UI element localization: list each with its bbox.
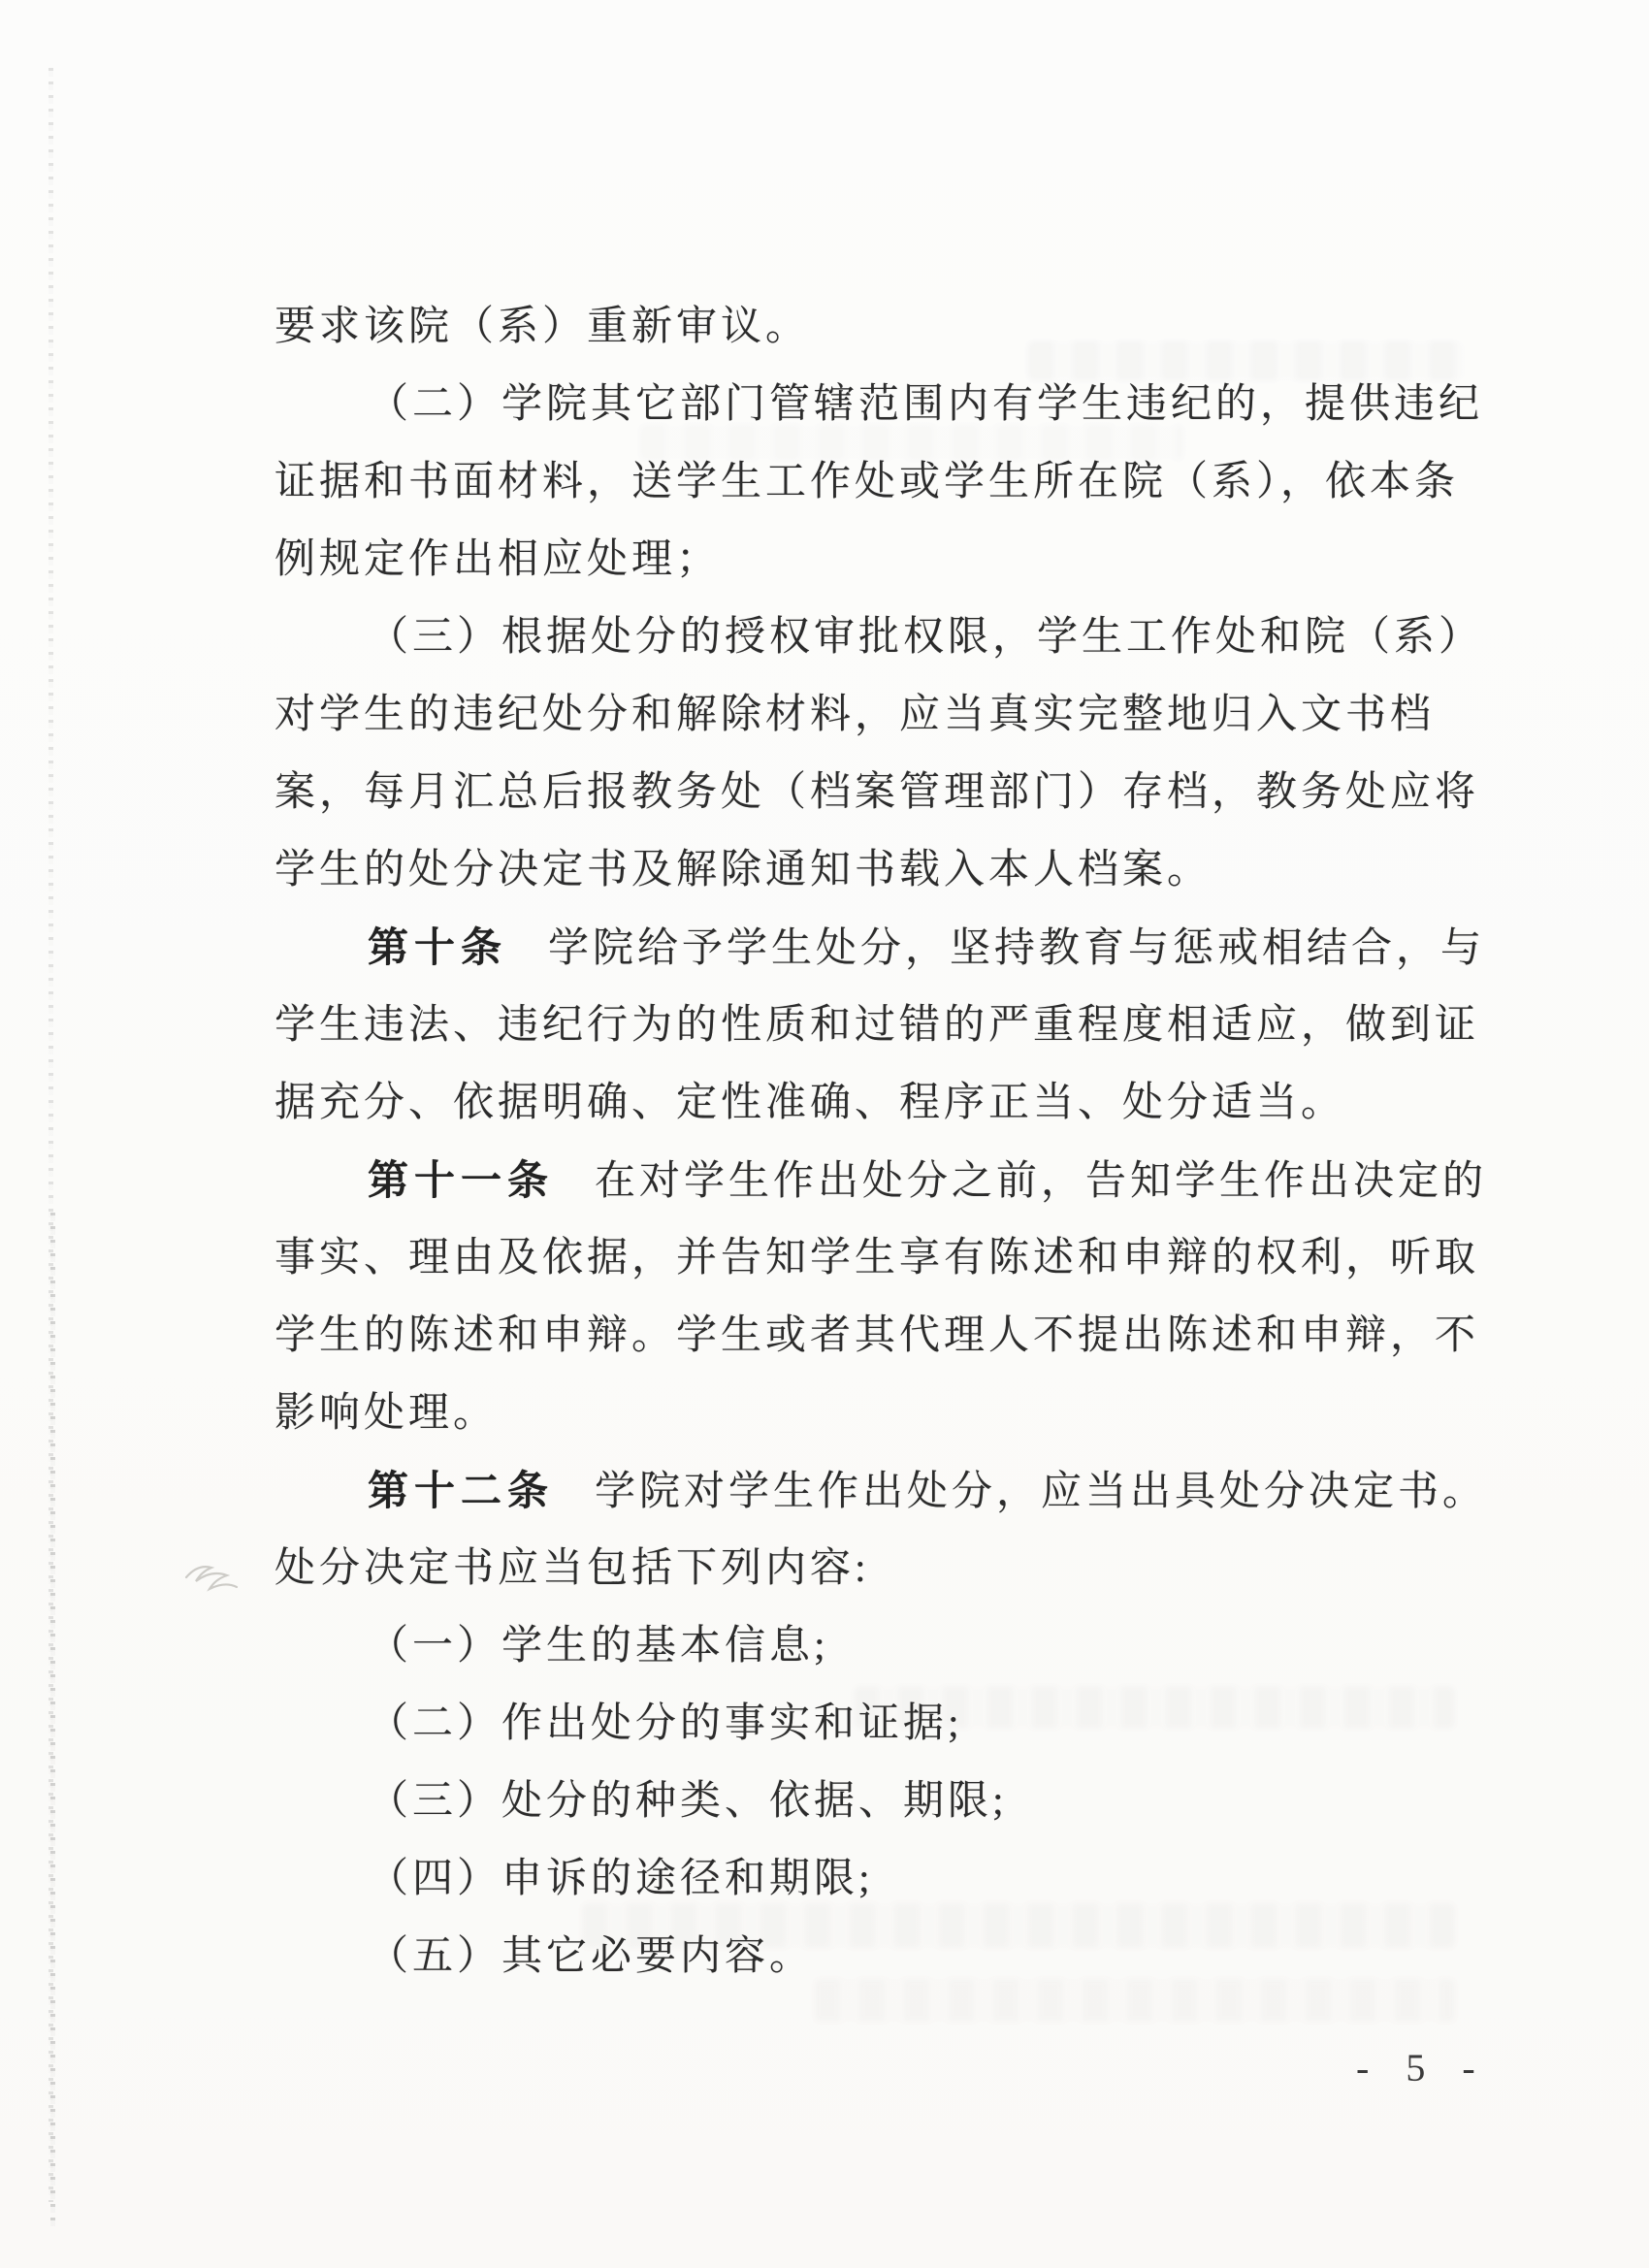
line-text: 学生违法、违纪行为的性质和过错的严重程度相适应，做到证 xyxy=(275,1003,1479,1048)
line-text: （二）作出处分的事实和证据; xyxy=(368,1701,963,1746)
line-text: 学生的处分决定书及解除通知书载入本人档案。 xyxy=(275,848,1212,892)
line-text: （三）处分的种类、依据、期限; xyxy=(368,1779,1008,1824)
paragraph-line: 第十条学院给予学生处分，坚持教育与惩戒相结合，与 xyxy=(275,909,1506,987)
document-text: 要求该院（系）重新审议。（二）学院其它部门管辖范围内有学生违纪的，提供违纪证据和… xyxy=(275,288,1506,1995)
paragraph-line: 第十一条在对学生作出处分之前，告知学生作出决定的 xyxy=(275,1142,1506,1219)
line-text: 事实、理由及依据，并告知学生享有陈述和申辩的权利，听取 xyxy=(275,1236,1479,1280)
line-text: 案，每月汇总后报教务处（档案管理部门）存档，教务处应将 xyxy=(275,770,1479,815)
line-text: （五）其它必要内容。 xyxy=(368,1934,814,1979)
paragraph-line: （四）申诉的途径和期限; xyxy=(275,1840,1506,1918)
line-text: 学生的陈述和申辩。学生或者其代理人不提出陈述和申辩，不 xyxy=(275,1313,1479,1358)
article-number: 第十二条 xyxy=(368,1467,554,1514)
article-number: 第十一条 xyxy=(368,1156,554,1204)
paragraph-line: 证据和书面材料，送学生工作处或学生所在院（系），依本条 xyxy=(275,443,1506,521)
paragraph-line: 影响处理。 xyxy=(275,1375,1506,1452)
paragraph-line: （五）其它必要内容。 xyxy=(275,1918,1506,1995)
line-text: 例规定作出相应处理； xyxy=(275,537,721,582)
line-text: 影响处理。 xyxy=(275,1391,498,1436)
paragraph-line: （三）根据处分的授权审批权限，学生工作处和院（系） xyxy=(275,599,1506,676)
paragraph-line: 事实、理由及依据，并告知学生享有陈述和申辩的权利，听取 xyxy=(275,1219,1506,1297)
line-text: 证据和书面材料，送学生工作处或学生所在院（系），依本条 xyxy=(275,460,1459,504)
paragraph-line: 例规定作出相应处理； xyxy=(275,521,1506,599)
line-text: 学院对学生作出处分，应当出具处分决定书。 xyxy=(595,1470,1487,1514)
line-text: 处分决定书应当包括下列内容: xyxy=(275,1546,870,1591)
paragraph-line: 学生的陈述和申辩。学生或者其代理人不提出陈述和申辩，不 xyxy=(275,1297,1506,1375)
paragraph-line: （二）学院其它部门管辖范围内有学生违纪的，提供违纪 xyxy=(275,366,1506,443)
scanned-page: 要求该院（系）重新审议。（二）学院其它部门管辖范围内有学生违纪的，提供违纪证据和… xyxy=(0,0,1649,2268)
paragraph-line: 要求该院（系）重新审议。 xyxy=(275,288,1506,366)
line-text: （四）申诉的途径和期限; xyxy=(368,1857,874,1901)
paragraph-line: （一）学生的基本信息; xyxy=(275,1607,1506,1685)
line-text: 据充分、依据明确、定性准确、程序正当、处分适当。 xyxy=(275,1081,1345,1125)
paragraph-line: 第十二条学院对学生作出处分，应当出具处分决定书。 xyxy=(275,1452,1506,1530)
paragraph-line: 学生的处分决定书及解除通知书载入本人档案。 xyxy=(275,831,1506,909)
scan-edge-artifact xyxy=(50,1213,55,2231)
pencil-scribble-mark xyxy=(182,1552,256,1608)
line-text: 在对学生作出处分之前，告知学生作出决定的 xyxy=(595,1159,1487,1204)
paragraph-line: 据充分、依据明确、定性准确、程序正当、处分适当。 xyxy=(275,1064,1506,1142)
line-text: 学院给予学生处分，坚持教育与惩戒相结合，与 xyxy=(548,926,1485,971)
page-number: - 5 - xyxy=(1356,2045,1489,2090)
paragraph-line: 案，每月汇总后报教务处（档案管理部门）存档，教务处应将 xyxy=(275,754,1506,831)
paragraph-line: （二）作出处分的事实和证据; xyxy=(275,1685,1506,1763)
line-text: （三）根据处分的授权审批权限，学生工作处和院（系） xyxy=(368,615,1483,660)
paragraph-line: 学生违法、违纪行为的性质和过错的严重程度相适应，做到证 xyxy=(275,987,1506,1064)
paragraph-line: 处分决定书应当包括下列内容: xyxy=(275,1530,1506,1607)
paragraph-line: （三）处分的种类、依据、期限; xyxy=(275,1763,1506,1840)
article-number: 第十条 xyxy=(368,923,507,971)
line-text: 要求该院（系）重新审议。 xyxy=(275,305,810,349)
paragraph-line: 对学生的违纪处分和解除材料，应当真实完整地归入文书档 xyxy=(275,676,1506,754)
line-text: 对学生的违纪处分和解除材料，应当真实完整地归入文书档 xyxy=(275,693,1435,737)
line-text: （二）学院其它部门管辖范围内有学生违纪的，提供违纪 xyxy=(368,382,1483,427)
line-text: （一）学生的基本信息; xyxy=(368,1624,829,1669)
